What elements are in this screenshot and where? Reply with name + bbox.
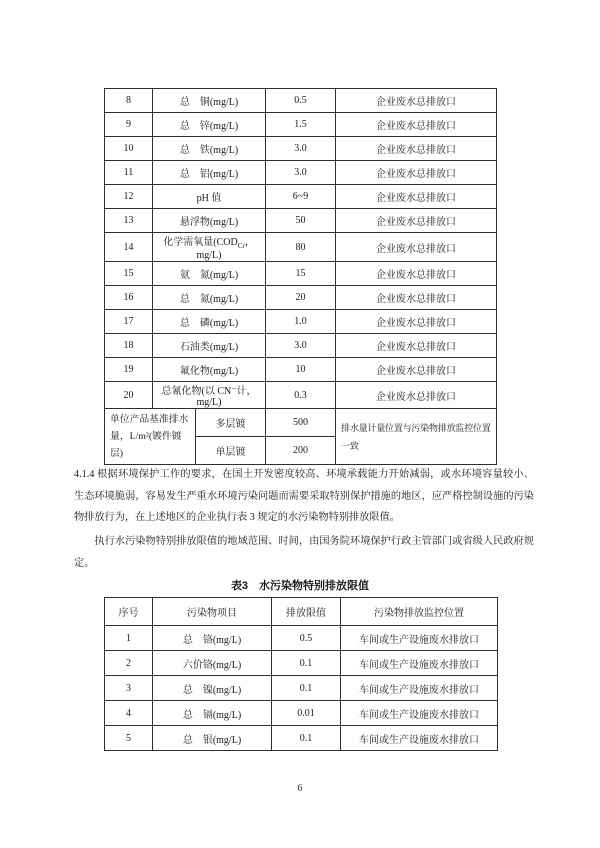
pollutant-item: 总 铁(mg/L) bbox=[153, 137, 266, 161]
table-row: 14化学需氧量(CODCr，mg/L)80企业废水总排放口 bbox=[105, 233, 497, 262]
table-row: 18石油类(mg/L)3.0企业废水总排放口 bbox=[105, 334, 497, 358]
monitoring-location: 企业废水总排放口 bbox=[336, 286, 497, 310]
pollutant-item: 总 铬(mg/L) bbox=[153, 626, 272, 651]
pollutant-item: 总氰化物(以 CN⁻计，mg/L) bbox=[153, 382, 266, 409]
monitoring-location: 企业废水总排放口 bbox=[336, 233, 497, 262]
pollutant-item: 六价铬(mg/L) bbox=[153, 651, 272, 676]
limit-value: 0.01 bbox=[272, 701, 341, 726]
pollutant-item: 氨 氮(mg/L) bbox=[153, 262, 266, 286]
row-number: 9 bbox=[105, 113, 153, 137]
limit-value: 1.5 bbox=[266, 113, 336, 137]
table-row: 3总 镍(mg/L)0.1车间或生产设施废水排放口 bbox=[105, 676, 498, 701]
paragraph-4-1-4: 4.1.4 根据环境保护工作的要求，在国土开发密度较高、环境承载能力开始减弱，或… bbox=[74, 464, 534, 529]
row-number: 16 bbox=[105, 286, 153, 310]
table-row: 10总 铁(mg/L)3.0企业废水总排放口 bbox=[105, 137, 497, 161]
table3-body: 1总 铬(mg/L)0.5车间或生产设施废水排放口2六价铬(mg/L)0.1车间… bbox=[105, 626, 498, 751]
monitoring-location: 企业废水总排放口 bbox=[336, 89, 497, 113]
monitoring-location: 车间或生产设施废水排放口 bbox=[341, 676, 498, 701]
table-row: 20总氰化物(以 CN⁻计，mg/L)0.3企业废水总排放口 bbox=[105, 382, 497, 409]
monitoring-location: 企业废水总排放口 bbox=[336, 310, 497, 334]
pollutant-item: 总 银(mg/L) bbox=[153, 726, 272, 751]
discharge-volume-value: 200 bbox=[266, 437, 336, 465]
table3-header-no: 序号 bbox=[105, 598, 153, 626]
pollutant-item: 总 氮(mg/L) bbox=[153, 286, 266, 310]
row-number: 12 bbox=[105, 185, 153, 209]
limit-value: 0.5 bbox=[266, 89, 336, 113]
row-number: 15 bbox=[105, 262, 153, 286]
monitoring-location: 车间或生产设施废水排放口 bbox=[341, 651, 498, 676]
table-row: 2六价铬(mg/L)0.1车间或生产设施废水排放口 bbox=[105, 651, 498, 676]
pollutant-item: 总 镍(mg/L) bbox=[153, 676, 272, 701]
monitoring-location: 企业废水总排放口 bbox=[336, 161, 497, 185]
table-row: 13悬浮物(mg/L)50企业废水总排放口 bbox=[105, 209, 497, 233]
table-row: 9总 锌(mg/L)1.5企业废水总排放口 bbox=[105, 113, 497, 137]
plating-type: 多层镀 bbox=[196, 409, 266, 437]
monitoring-location: 企业废水总排放口 bbox=[336, 185, 497, 209]
table3-header-location: 污染物排放监控位置 bbox=[341, 598, 498, 626]
plating-type: 单层镀 bbox=[196, 437, 266, 465]
row-number: 11 bbox=[105, 161, 153, 185]
table3-header-row: 序号 污染物项目 排放限值 污染物排放监控位置 bbox=[105, 598, 498, 626]
paragraph-execution-scope: 执行水污染物特别排放限值的地域范围、时间，由国务院环境保护行政主管部门或省级人民… bbox=[74, 531, 534, 574]
table-3-title: 表3 水污染物特别排放限值 bbox=[0, 577, 600, 593]
pollutant-item: 总 镉(mg/L) bbox=[153, 701, 272, 726]
monitoring-location: 企业废水总排放口 bbox=[336, 358, 497, 382]
row-number: 18 bbox=[105, 334, 153, 358]
pollutant-item: 总 铝(mg/L) bbox=[153, 161, 266, 185]
limit-value: 15 bbox=[266, 262, 336, 286]
table-row-unit-discharge: 单位产品基准排水量，L/m²(镀件镀层)多层镀500排水量计量位置与污染物排放监… bbox=[105, 409, 497, 437]
monitoring-location: 企业废水总排放口 bbox=[336, 137, 497, 161]
monitoring-location: 车间或生产设施废水排放口 bbox=[341, 701, 498, 726]
row-number: 8 bbox=[105, 89, 153, 113]
monitoring-location: 车间或生产设施废水排放口 bbox=[341, 726, 498, 751]
monitoring-location: 企业废水总排放口 bbox=[336, 262, 497, 286]
pollutant-item: 石油类(mg/L) bbox=[153, 334, 266, 358]
measurement-position-note: 排水量计量位置与污染物排放监控位置一致 bbox=[336, 409, 497, 465]
table-row: 15氨 氮(mg/L)15企业废水总排放口 bbox=[105, 262, 497, 286]
row-number: 2 bbox=[105, 651, 153, 676]
table-2-water-pollutant-limits: 8总 铜(mg/L)0.5企业废水总排放口9总 锌(mg/L)1.5企业废水总排… bbox=[104, 88, 497, 465]
pollutant-item: 总 锌(mg/L) bbox=[153, 113, 266, 137]
table-row: 12pH 值6~9企业废水总排放口 bbox=[105, 185, 497, 209]
monitoring-location: 企业废水总排放口 bbox=[336, 113, 497, 137]
limit-value: 0.3 bbox=[266, 382, 336, 409]
table-row: 4总 镉(mg/L)0.01车间或生产设施废水排放口 bbox=[105, 701, 498, 726]
table-row: 16总 氮(mg/L)20企业废水总排放口 bbox=[105, 286, 497, 310]
table-row: 5总 银(mg/L)0.1车间或生产设施废水排放口 bbox=[105, 726, 498, 751]
limit-value: 50 bbox=[266, 209, 336, 233]
limit-value: 3.0 bbox=[266, 334, 336, 358]
row-number: 5 bbox=[105, 726, 153, 751]
limit-value: 3.0 bbox=[266, 161, 336, 185]
limit-value: 10 bbox=[266, 358, 336, 382]
limit-value: 80 bbox=[266, 233, 336, 262]
table-3-special-limits: 序号 污染物项目 排放限值 污染物排放监控位置 1总 铬(mg/L)0.5车间或… bbox=[104, 597, 498, 751]
row-number: 20 bbox=[105, 382, 153, 409]
table-row: 19氟化物(mg/L)10企业废水总排放口 bbox=[105, 358, 497, 382]
table-row: 17总 磷(mg/L)1.0企业废水总排放口 bbox=[105, 310, 497, 334]
table2-body: 8总 铜(mg/L)0.5企业废水总排放口9总 锌(mg/L)1.5企业废水总排… bbox=[105, 89, 497, 465]
monitoring-location: 企业废水总排放口 bbox=[336, 209, 497, 233]
limit-value: 20 bbox=[266, 286, 336, 310]
pollutant-item: 氟化物(mg/L) bbox=[153, 358, 266, 382]
row-number: 10 bbox=[105, 137, 153, 161]
row-number: 1 bbox=[105, 626, 153, 651]
pollutant-item: 化学需氧量(CODCr，mg/L) bbox=[153, 233, 266, 262]
table3-header-item: 污染物项目 bbox=[153, 598, 272, 626]
limit-value: 0.1 bbox=[272, 651, 341, 676]
monitoring-location: 企业废水总排放口 bbox=[336, 334, 497, 358]
monitoring-location: 车间或生产设施废水排放口 bbox=[341, 626, 498, 651]
table-row: 8总 铜(mg/L)0.5企业废水总排放口 bbox=[105, 89, 497, 113]
limit-value: 0.1 bbox=[272, 726, 341, 751]
limit-value: 3.0 bbox=[266, 137, 336, 161]
table3-header-limit: 排放限值 bbox=[272, 598, 341, 626]
limit-value: 0.1 bbox=[272, 676, 341, 701]
row-number: 4 bbox=[105, 701, 153, 726]
limit-value: 0.5 bbox=[272, 626, 341, 651]
unit-discharge-label: 单位产品基准排水量，L/m²(镀件镀层) bbox=[105, 409, 196, 465]
limit-value: 6~9 bbox=[266, 185, 336, 209]
page-number: 6 bbox=[0, 783, 600, 794]
pollutant-item: 悬浮物(mg/L) bbox=[153, 209, 266, 233]
limit-value: 1.0 bbox=[266, 310, 336, 334]
table-row: 11总 铝(mg/L)3.0企业废水总排放口 bbox=[105, 161, 497, 185]
document-page: 8总 铜(mg/L)0.5企业废水总排放口9总 锌(mg/L)1.5企业废水总排… bbox=[0, 0, 600, 848]
pollutant-item: pH 值 bbox=[153, 185, 266, 209]
row-number: 17 bbox=[105, 310, 153, 334]
pollutant-item: 总 铜(mg/L) bbox=[153, 89, 266, 113]
pollutant-item: 总 磷(mg/L) bbox=[153, 310, 266, 334]
row-number: 14 bbox=[105, 233, 153, 262]
table-row: 1总 铬(mg/L)0.5车间或生产设施废水排放口 bbox=[105, 626, 498, 651]
discharge-volume-value: 500 bbox=[266, 409, 336, 437]
row-number: 3 bbox=[105, 676, 153, 701]
monitoring-location: 企业废水总排放口 bbox=[336, 382, 497, 409]
row-number: 13 bbox=[105, 209, 153, 233]
row-number: 19 bbox=[105, 358, 153, 382]
